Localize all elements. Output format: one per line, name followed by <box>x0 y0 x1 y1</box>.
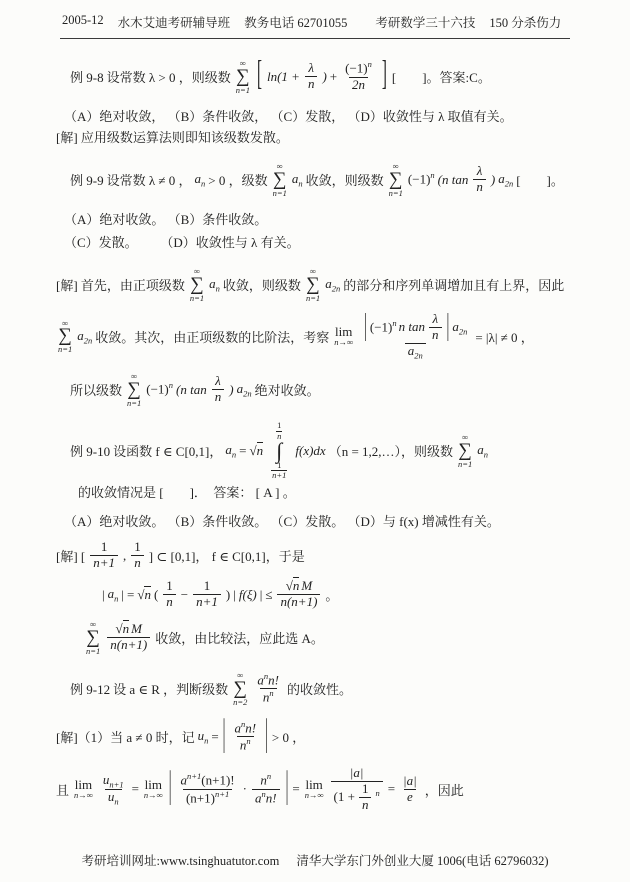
sum-operator: ∞∑n=1 <box>306 267 320 302</box>
solution-text: ，因此 <box>425 780 464 799</box>
example-9-8-solution: [解] 应用级数运算法则即知该级数发散。 <box>56 127 574 146</box>
formula-text: ) <box>491 172 495 188</box>
abs-bar: | <box>121 587 124 603</box>
fraction-lambda-n: λn <box>429 312 442 343</box>
limit-operator: limn→∞ <box>305 778 324 800</box>
sum-operator: ∞∑n=1 <box>273 162 287 197</box>
a-sub-n: an <box>225 442 236 459</box>
neg1-pow-n: (−1)n <box>370 319 397 335</box>
solution-text: [解] 应用级数运算法则即知该级数发散。 <box>56 127 289 146</box>
period: 。 <box>325 585 338 604</box>
a-sub-n: an <box>292 171 303 188</box>
a-sub-2n: a2n <box>237 381 252 398</box>
example-9-10-answer-line: 的收敛情况是 [ ]． 答案： [ A ] 。 <box>56 482 574 501</box>
fraction-1-n: 1n <box>163 579 176 610</box>
sum-operator: ∞∑n=2 <box>233 671 247 706</box>
fraction-ratio-left: an+1(n+1)! (n+1)n+1 <box>178 772 238 806</box>
a-sub-n: an <box>195 171 206 188</box>
abs-bar: | <box>286 768 289 811</box>
statement-text: 的收敛性。 <box>287 679 352 698</box>
fraction-absa-e-power: |a| (1 +1nn <box>331 766 383 813</box>
cdot-sign: · <box>243 781 247 797</box>
example-9-9-options-cd: （C）发散。 （D）收敛性与 λ 有关。 <box>56 232 574 251</box>
example-9-9-options-ab: （A）绝对收敛。 （B）条件收敛。 <box>56 209 574 228</box>
header-rule <box>60 38 570 39</box>
comma: , <box>123 548 126 564</box>
sum-operator: ∞∑n=1 <box>58 319 72 354</box>
statement-text: 设函数 f ∈ C[0,1]， <box>113 441 222 460</box>
fraction-sqrtnM: √nM n(n+1) <box>107 622 150 653</box>
options-text: （A）绝对收敛。 （B）条件收敛。 <box>64 209 267 228</box>
fraction-neg1n-2n: (−1)n2n <box>342 60 375 92</box>
statement-text: 收敛，则级数 <box>306 170 384 189</box>
fraction-absa-e: |a| e <box>400 774 420 805</box>
solution-text: = |λ| ≠ 0 ， <box>475 327 533 346</box>
answer-text: 的收敛情况是 [ ]． 答案： [ A ] 。 <box>78 482 296 501</box>
answer-blank: [ ]。 <box>516 170 564 189</box>
example-label: 例 9-8 <box>70 67 104 86</box>
sum-operator: ∞∑n=1 <box>458 433 472 468</box>
fraction-1-n: 1n <box>131 540 144 571</box>
options-text: （A）绝对收敛， （B）条件收敛， （C）发散， （D）收敛性与 λ 取值有关。 <box>64 106 513 125</box>
limit-operator: limn→∞ <box>74 778 93 800</box>
header-school: 水木艾迪考研辅导班 <box>118 13 231 31</box>
limit-operator: limn→∞ <box>334 325 353 347</box>
page-header: 2005-12 水木艾迪考研辅导班 教务电话 62701055 考研数学三十六技… <box>0 0 630 31</box>
abs-bar: | <box>265 715 268 758</box>
plus-sign: + <box>330 69 337 85</box>
formula-text: (n tan <box>176 382 207 398</box>
formula-text: f(x)dx <box>295 443 325 459</box>
fraction-lambda-n: λn <box>305 61 318 92</box>
statement-text: 设 a ∈ R ，判断级数 <box>113 679 228 698</box>
close-paren: ) <box>226 587 230 603</box>
minus-sign: − <box>181 587 188 603</box>
equals-sign: = <box>132 781 139 797</box>
fraction-1-n1: 1n+1 <box>193 579 221 610</box>
footer-address: 清华大学东门外创业大厦 1006(电话 62796032) <box>296 854 548 868</box>
solution-text: [解] 首先，由正项级数 <box>56 275 185 294</box>
solution-text: [解] [ <box>56 546 85 565</box>
abs-bar: | <box>169 768 172 811</box>
solution-text: ] ⊂ [0,1]， f ∈ C[0,1]，于是 <box>149 546 305 565</box>
example-9-8-statement: 例 9-8 设常数 λ > 0 ，则级数 ∞∑n=1 [ ln(1 + λn )… <box>56 59 574 94</box>
fraction-1-n: 1n <box>359 782 372 813</box>
example-9-9-solution-2: ∞∑n=1 a2n 收敛。其次，由正项级数的比阶法，考察 limn→∞ | (−… <box>56 312 574 360</box>
statement-text: （n = 1,2,…），则级数 <box>329 441 453 460</box>
abs-bar: | <box>223 715 226 758</box>
neg1-pow-n: (−1)n <box>146 381 173 397</box>
sqrt-n: √n <box>286 579 300 594</box>
equals-sign: = <box>388 781 395 797</box>
integral-operator: 1n ∫ 1n+1 <box>269 421 289 480</box>
a-sub-2n: a2n <box>325 276 340 293</box>
open-paren: ( <box>154 587 158 603</box>
example-9-12-statement: 例 9-12 设 a ∈ R ，判断级数 ∞∑n=2 ann! nn 的收敛性。 <box>56 671 574 706</box>
header-book-title: 考研数学三十六技 <box>375 13 475 31</box>
fraction-sqrtnM: √nM n(n+1) <box>277 579 320 610</box>
a-sub-2n: a2n <box>452 320 467 336</box>
fraction-lambda-n: λn <box>473 164 486 195</box>
solution-text: 绝对收敛。 <box>255 380 320 399</box>
footer-website: 考研培训网址:www.tsinghuatutor.com <box>82 854 280 868</box>
formula-text: n tan <box>399 320 425 335</box>
example-9-10-conclusion: ∞∑n=1 √nM n(n+1) 收敛，由比较法，应此选 A。 <box>56 620 574 655</box>
abs-bar: | <box>447 310 450 345</box>
a-sub-2n: a2n <box>498 171 513 188</box>
formula-text: ) <box>229 382 233 398</box>
example-9-10-options: （A）绝对收敛。 （B）条件收敛。 （C）发散。 （D）与 f(x) 增减性有关… <box>56 511 574 530</box>
leq-sign: ≤ <box>265 587 272 603</box>
lower-bound: 1n+1 <box>271 461 287 481</box>
formula-text: ) <box>322 69 326 85</box>
page-content: 例 9-8 设常数 λ > 0 ，则级数 ∞∑n=1 [ ln(1 + λn )… <box>0 59 630 813</box>
sqrt-n: √n <box>115 622 129 637</box>
sum-operator: ∞∑n=1 <box>86 620 100 655</box>
example-9-8-options: （A）绝对收敛， （B）条件收敛， （C）发散， （D）收敛性与 λ 取值有关。 <box>56 106 574 125</box>
u-sub-n: un <box>198 728 209 745</box>
fraction-1-n1: 1n+1 <box>90 540 118 571</box>
ratio-fraction: | (−1)n n tan λn | a2n a2n <box>360 312 470 360</box>
answer-text: [ ]。答案:C。 <box>392 67 491 86</box>
neg1-pow-n: (−1)n <box>408 171 435 187</box>
example-9-9-solution-3: 所以级数 ∞∑n=1 (−1)n (n tan λn ) a2n 绝对收敛。 <box>56 372 574 407</box>
fraction-annfact-nn: ann! nn <box>254 672 282 706</box>
options-text: （A）绝对收敛。 （B）条件收敛。 （C）发散。 （D）与 f(x) 增减性有关… <box>64 511 500 530</box>
sum-operator: ∞∑n=1 <box>236 59 250 94</box>
example-9-9-solution-1: [解] 首先，由正项级数 ∞∑n=1 an 收敛，则级数 ∞∑n=1 a2n 的… <box>56 267 574 302</box>
a-sub-2n: a2n <box>77 328 92 345</box>
statement-text: 设常数 λ ≠ 0 ， <box>107 170 192 189</box>
left-bracket: [ <box>257 57 262 97</box>
sum-operator: ∞∑n=1 <box>389 162 403 197</box>
example-9-12-solution-2: 且 limn→∞ un+1 un = limn→∞ | an+1(n+1)! (… <box>56 766 574 813</box>
abs-bar: | <box>260 587 263 603</box>
sqrt-n: √n <box>249 443 263 459</box>
solution-text: 收敛，则级数 <box>223 275 301 294</box>
a-sub-n: an <box>108 586 119 603</box>
example-label: 例 9-12 <box>70 679 110 698</box>
example-9-10-statement: 例 9-10 设函数 f ∈ C[0,1]， an = √n 1n ∫ 1n+1… <box>56 421 574 480</box>
solution-text: 收敛，由比较法，应此选 A。 <box>155 628 324 647</box>
abs-bar: | <box>233 587 236 603</box>
formula-text: f(ξ) <box>239 587 257 603</box>
fraction-annfact-nn: ann! nn <box>231 720 259 754</box>
sum-operator: ∞∑n=1 <box>190 267 204 302</box>
example-9-9-statement: 例 9-9 设常数 λ ≠ 0 ， an > 0 ，级数 ∞∑n=1 an 收敛… <box>56 162 574 197</box>
example-9-12-solution-1: [解]（1）当 a ≠ 0 时，记 un = | ann! nn | > 0 ， <box>56 720 574 754</box>
equals-sign: = <box>211 729 218 745</box>
page-footer: 考研培训网址:www.tsinghuatutor.com 清华大学东门外创业大厦… <box>0 851 630 869</box>
fraction-un1-un: un+1 un <box>100 773 127 806</box>
sqrt-n: √n <box>137 587 151 603</box>
abs-bar: | <box>364 310 367 345</box>
abs-bar: | <box>102 587 105 603</box>
example-label: 例 9-9 <box>70 170 104 189</box>
options-text: （C）发散。 （D）收敛性与 λ 有关。 <box>64 232 300 251</box>
formula-text: ln(1 + <box>267 69 300 85</box>
formula-text: (n tan <box>438 172 469 188</box>
example-label: 例 9-10 <box>70 441 110 460</box>
header-phone: 教务电话 62701055 <box>244 13 347 31</box>
fraction-lambda-n: λn <box>212 374 225 405</box>
solution-text: 收敛。其次，由正项级数的比阶法，考察 <box>95 327 329 346</box>
header-date: 2005-12 <box>62 13 104 31</box>
solution-text: [解]（1）当 a ≠ 0 时，记 <box>56 727 195 746</box>
right-bracket: ] <box>382 57 387 97</box>
statement-text: > 0 ，级数 <box>208 170 267 189</box>
a-sub-n: an <box>209 276 220 293</box>
header-power: 150 分杀伤力 <box>489 13 561 31</box>
example-9-10-solution-1: [解] [ 1n+1 , 1n ] ⊂ [0,1]， f ∈ C[0,1]，于是 <box>56 540 574 571</box>
formula-text: > 0 ， <box>272 727 305 746</box>
fraction-ratio-right: nn ann! <box>252 772 280 806</box>
equals-sign: = <box>127 587 134 603</box>
equals-sign: = <box>292 781 299 797</box>
a-sub-2n: a2n <box>408 344 423 360</box>
solution-text: 的部分和序列单调增加且有上界，因此 <box>343 275 564 294</box>
equals-sign: = <box>239 443 246 459</box>
a-sub-n: an <box>477 442 488 459</box>
statement-text: 设常数 λ > 0 ，则级数 <box>107 67 231 86</box>
example-9-10-inequality: | an | = √n ( 1n − 1n+1 ) | f(ξ) | ≤ √nM… <box>56 579 574 610</box>
sum-operator: ∞∑n=1 <box>127 372 141 407</box>
solution-text: 所以级数 <box>70 380 122 399</box>
exponent-n: n <box>368 59 372 69</box>
limit-operator: limn→∞ <box>144 778 163 800</box>
document-page: 2005-12 水木艾迪考研辅导班 教务电话 62701055 考研数学三十六技… <box>0 0 630 882</box>
solution-text: 且 <box>56 780 69 799</box>
